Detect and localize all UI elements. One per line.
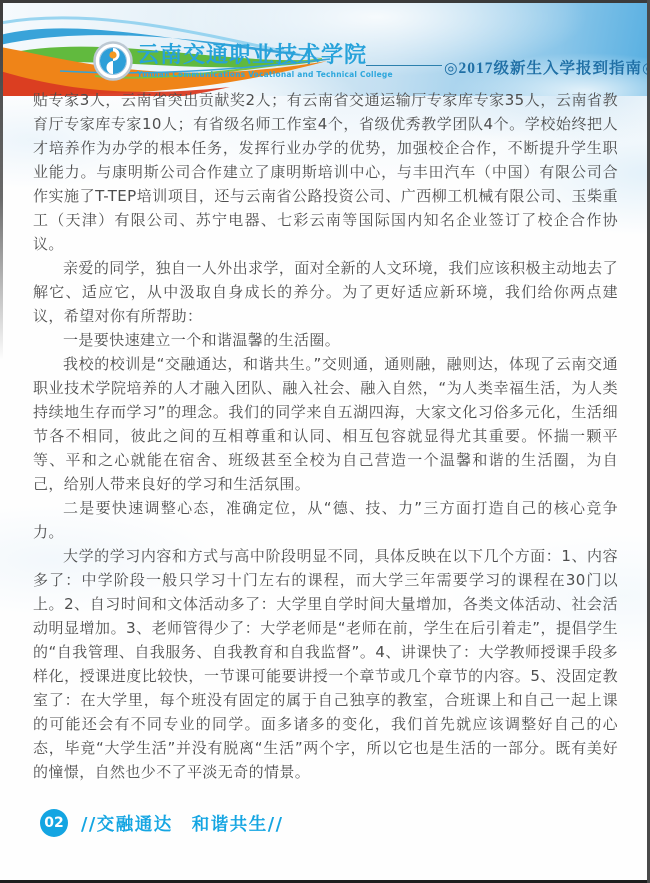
paragraph-school-motto: 我校的校训是“交融通达，和谐共生。”交则通，通则融，融则达，体现了云南交通职业技… <box>33 352 618 496</box>
paragraph-advice-one-heading: 一是要快速建立一个和谐温馨的生活圈。 <box>33 328 618 352</box>
scan-edge-top <box>0 0 650 3</box>
page-number-badge: 02 <box>40 809 68 837</box>
paragraph-advice-two-heading: 二是要快速调整心态，准确定位，从“德、技、力”三方面打造自己的核心竞争力。 <box>33 496 618 544</box>
school-name: 云南交通职业技术学院 <box>137 44 393 68</box>
school-name-english: Yunnan Communications Vocational and Tec… <box>137 70 393 79</box>
document-page: 云南交通职业技术学院 Yunnan Communications Vocatio… <box>0 0 650 883</box>
school-title-block: 云南交通职业技术学院 Yunnan Communications Vocatio… <box>137 44 393 79</box>
scan-edge-left <box>0 0 3 360</box>
header-divider-line <box>366 65 442 66</box>
paragraph-university-differences: 大学的学习内容和方式与高中阶段明显不同，具体反映在以下几个方面：1、内容多了：中… <box>33 544 618 784</box>
footer-slogan: //交融通达 和谐共生// <box>81 811 284 836</box>
page-header: 云南交通职业技术学院 Yunnan Communications Vocatio… <box>0 3 650 96</box>
school-logo-icon <box>93 41 133 81</box>
page-body-text: 贴专家3人，云南省突出贡献奖2人；有云南省交通运输厅专家库专家35人，云南省教育… <box>33 88 618 784</box>
page-footer: 02 //交融通达 和谐共生// <box>40 809 284 837</box>
guide-title: ◎2017级新生入学报到指南◎ <box>444 56 650 78</box>
paragraph-dear-students: 亲爱的同学，独自一人外出求学，面对全新的人文环境，我们应该积极主动地去了解它、适… <box>33 256 618 328</box>
paragraph-continuation: 贴专家3人，云南省突出贡献奖2人；有云南省交通运输厅专家库专家35人，云南省教育… <box>33 88 618 256</box>
